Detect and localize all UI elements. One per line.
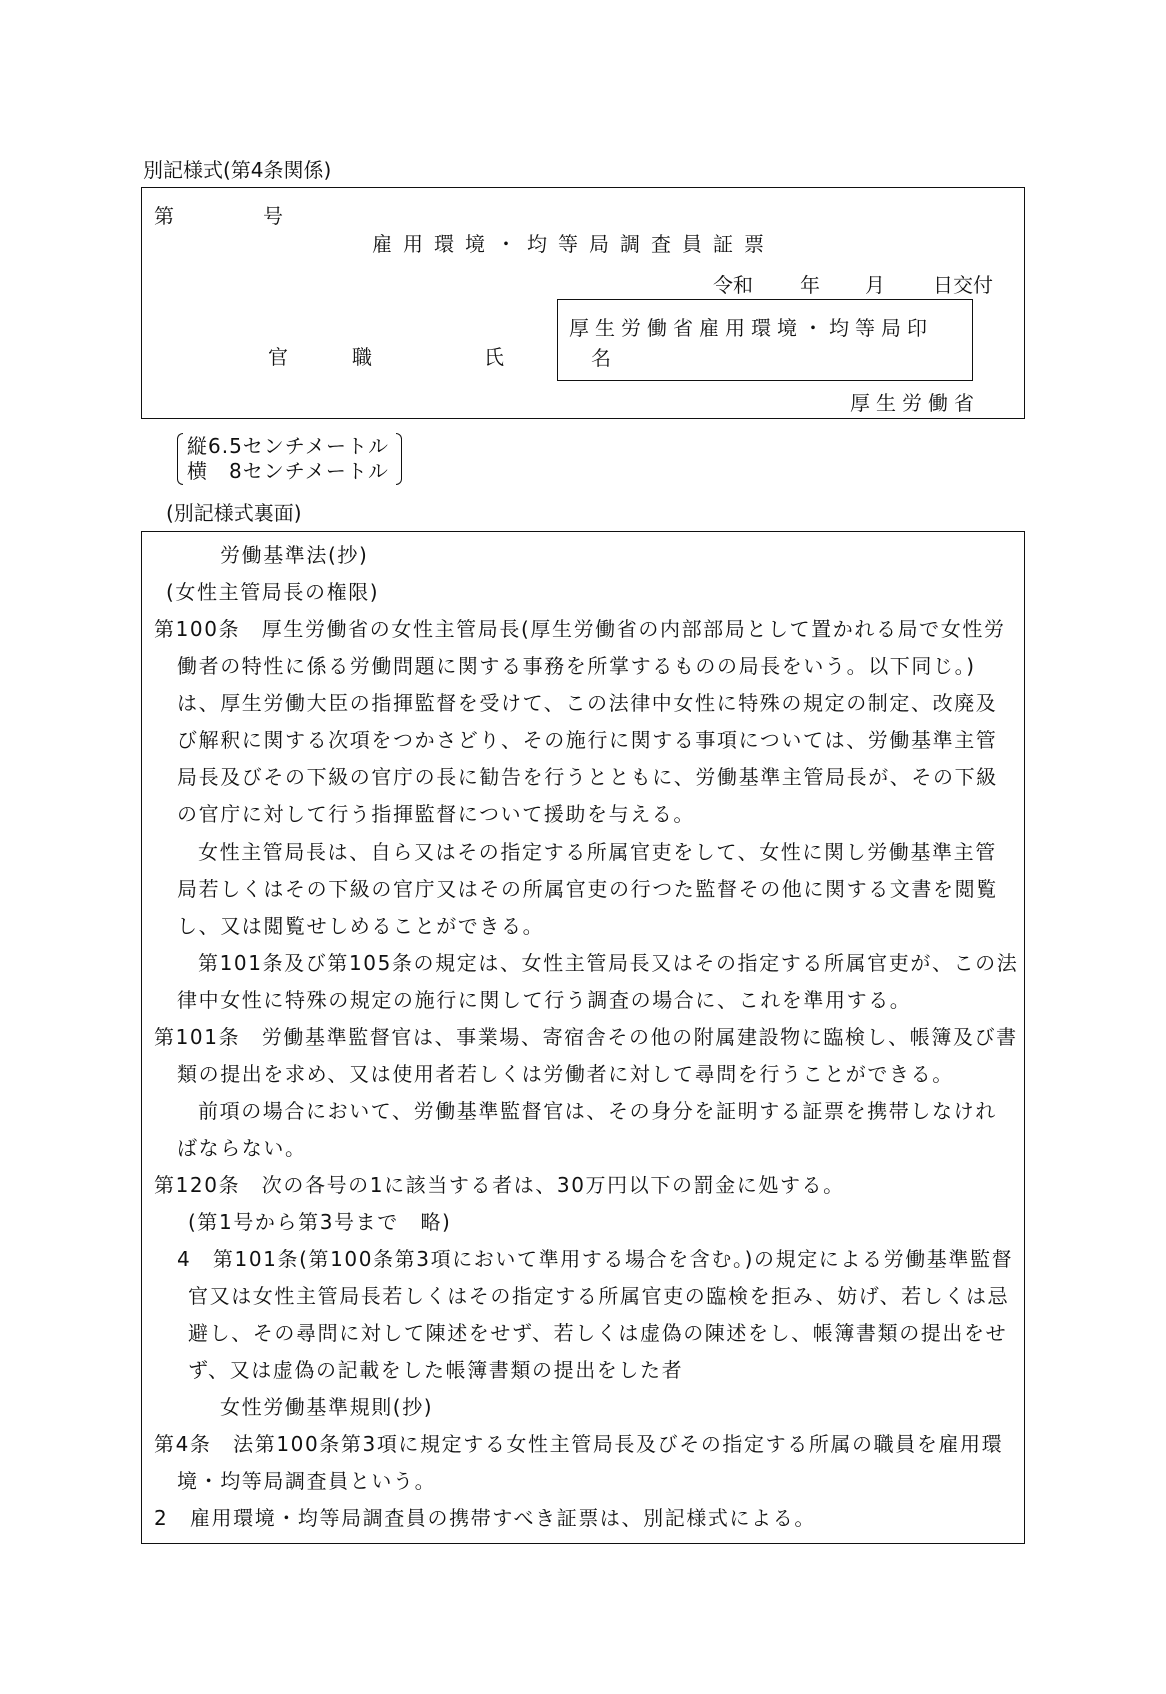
article-4-line: 第4条 法第100条第3項に規定する女性主管局長及びその指定する所属の職員を雇用… — [154, 1432, 1003, 1456]
article-4-para2-line: 2 雇用環境・均等局調査員の携帯すべき証票は、別記様式による。 — [154, 1506, 816, 1530]
article-101-para2-line: ばならない。 — [177, 1136, 307, 1160]
article-100-line: び解釈に関する次項をつかさどり、その施行に関する事項については、労働基準主管 — [177, 728, 997, 752]
issuer: 厚生労働省 — [850, 391, 980, 415]
issue-era: 令和 — [713, 273, 753, 297]
seal-box-line2: 名 — [591, 346, 611, 370]
bracket-right-icon — [396, 433, 402, 485]
article-100-para2-line: 局若しくはその下級の官庁又はその所属官吏の行つた監督その他に関する文書を閲覧 — [177, 877, 998, 901]
article-120-item4-line: 避し、その尋問に対して陳述をせず、若しくは虚偽の陳述をし、帳簿書類の提出をせ — [188, 1321, 1007, 1345]
article-100-line: 局長及びその下級の官庁の長に勧告を行うとともに、労働基準主管局長が、その下級 — [177, 765, 998, 789]
section-caption: (女性主管局長の権限) — [166, 580, 379, 604]
regulation-title: 女性労働基準規則(抄) — [220, 1395, 433, 1419]
card-number-suffix: 号 — [263, 204, 283, 228]
article-100-line: 働者の特性に係る労働問題に関する事務を所掌するものの局長をいう。以下同じ。) — [177, 654, 976, 678]
size-note-width: 横 8センチメートル — [187, 459, 389, 483]
form-header: 別記様式(第4条関係) — [143, 158, 331, 182]
article-120-item4-line: ず、又は虚偽の記載をした帳簿書類の提出をした者 — [188, 1358, 683, 1382]
article-120-item4-line: 官又は女性主管局長若しくはその指定する所属官吏の臨検を拒み、妨げ、若しくは忌 — [188, 1284, 1009, 1308]
article-100-para2-line: し、又は閲覧せしめることができる。 — [177, 914, 544, 938]
seal-box-line1: 厚生労働省雇用環境・均等局印 — [569, 316, 933, 340]
holder-position-label: 職 — [352, 345, 372, 369]
bracket-left-icon — [177, 433, 183, 485]
article-100-para3-line: 第101条及び第105条の規定は、女性主管局長又はその指定する所属官吏が、この法 — [198, 951, 1018, 975]
article-4-line: 境・均等局調査員という。 — [177, 1469, 436, 1493]
article-120-omitted: (第1号から第3号まで 略) — [188, 1210, 451, 1234]
card-title: 雇用環境・均等局調査員証票 — [372, 232, 775, 256]
back-header: (別記様式裏面) — [166, 501, 302, 525]
article-101-para2-line: 前項の場合において、労働基準監督官は、その身分を証明する証票を携帯しなけれ — [198, 1099, 997, 1123]
law-title: 労働基準法(抄) — [220, 543, 368, 567]
article-120-item4-line: 4 第101条(第100条第3項において準用する場合を含む。)の規定による労働基… — [177, 1247, 1013, 1271]
article-120-line: 第120条 次の各号の1に該当する者は、30万円以下の罰金に処する。 — [154, 1173, 845, 1197]
holder-office-label: 官 — [268, 345, 288, 369]
article-100-line: は、厚生労働大臣の指揮監督を受けて、この法律中女性に特殊の規定の制定、改廃及 — [177, 691, 997, 715]
article-100-line: 第100条 厚生労働省の女性主管局長(厚生労働省の内部部局として置かれる局で女性… — [154, 617, 1006, 641]
article-101-line: 類の提出を求め、又は使用者若しくは労働者に対して尋問を行うことができる。 — [177, 1062, 954, 1086]
holder-name-label: 氏 — [484, 345, 504, 369]
article-100-para3-line: 律中女性に特殊の規定の施行に関して行う調査の場合に、これを準用する。 — [177, 988, 911, 1012]
article-100-para2-line: 女性主管局長は、自ら又はその指定する所属官吏をして、女性に関し労働基準主管 — [198, 840, 997, 864]
size-note-height: 縦6.5センチメートル — [187, 434, 389, 458]
issue-day: 日交付 — [933, 273, 993, 297]
article-100-line: の官庁に対して行う指揮監督について援助を与える。 — [177, 802, 695, 826]
seal-box — [557, 299, 973, 381]
article-101-line: 第101条 労働基準監督官は、事業場、寄宿舎その他の附属建設物に臨検し、帳簿及び… — [154, 1025, 1018, 1049]
card-number-prefix: 第 — [154, 204, 174, 228]
issue-year: 年 — [800, 273, 820, 297]
issue-month: 月 — [865, 273, 885, 297]
